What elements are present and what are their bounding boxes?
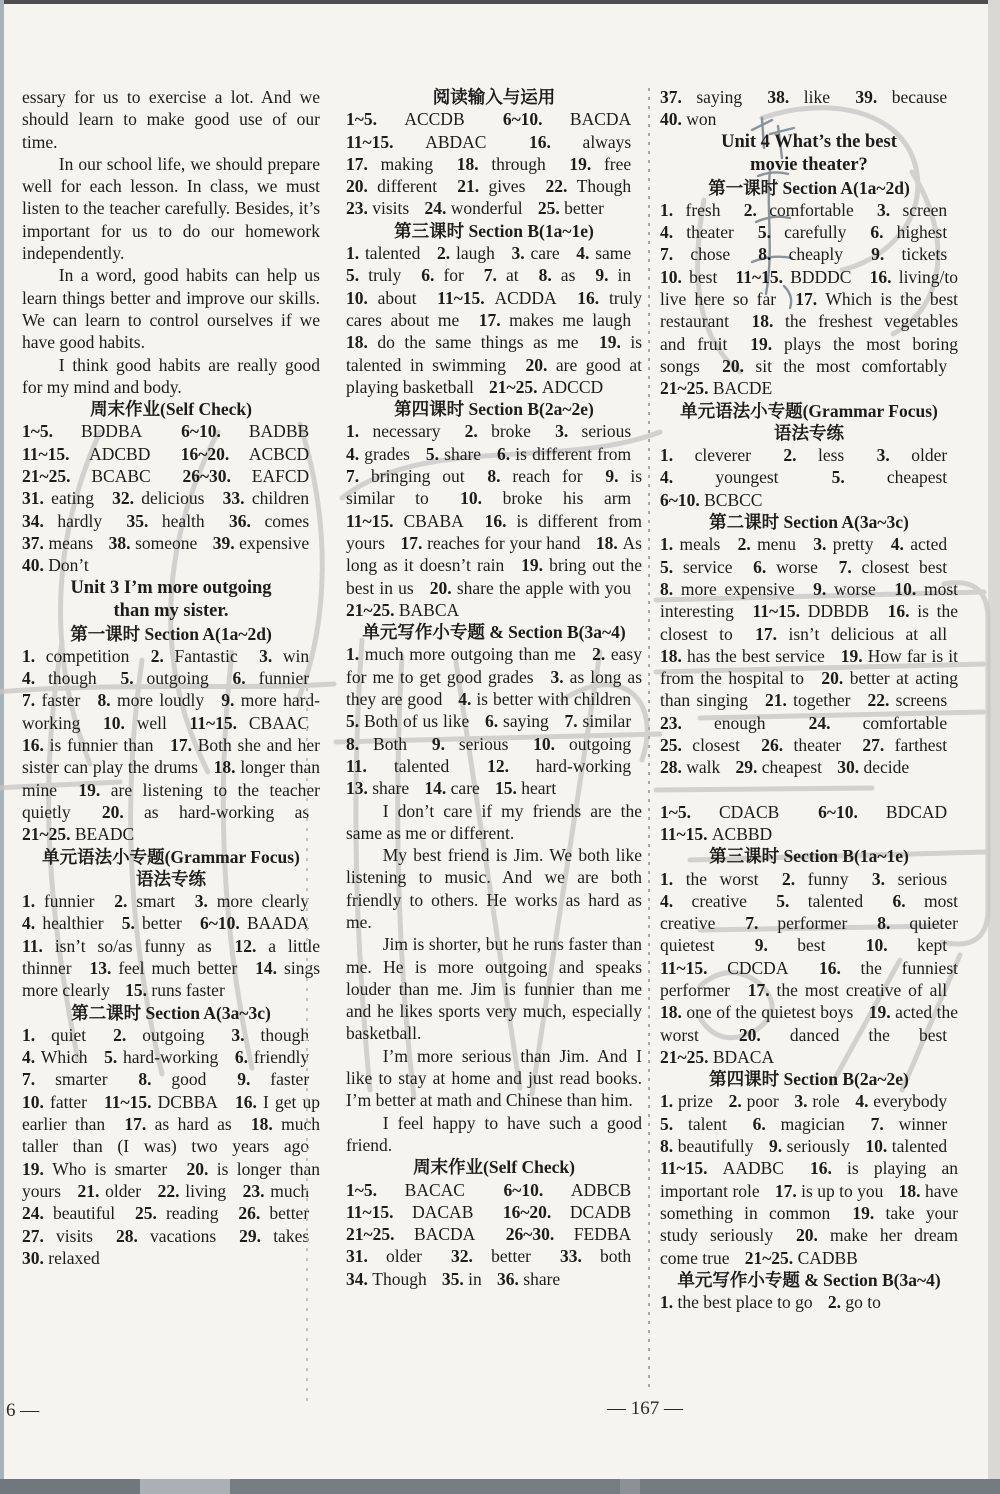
- answer-item: 6~10. BACDA: [503, 109, 642, 129]
- answer-number: 5.: [120, 668, 133, 688]
- answer-item: 40. won: [660, 109, 727, 129]
- scan-edge-bottom: [0, 1479, 1000, 1494]
- answer-number: 7.: [745, 913, 758, 933]
- answer-number: 10.: [103, 713, 125, 733]
- answer-item: 8. Both: [346, 734, 418, 754]
- answer-item: 6. saying: [485, 711, 560, 731]
- answer-item: 28. vacations: [116, 1226, 227, 1246]
- answer-number: 2.: [744, 200, 757, 220]
- answer-number: 9.: [769, 1136, 782, 1156]
- section-heading: 第一课时 Section A(1a~2d): [22, 623, 320, 645]
- answer-number: 16.: [235, 1092, 257, 1112]
- answer-number: 3.: [231, 1025, 244, 1045]
- answer-number: 20.: [796, 1225, 818, 1245]
- answer-item: 38. someone: [109, 533, 209, 553]
- answer-item: 9. tickets: [871, 244, 958, 264]
- answer-item: 1. talented: [346, 243, 431, 263]
- answer-item: 11~15. DDBDB: [752, 601, 879, 621]
- heading-line: than my sister.: [22, 600, 320, 623]
- answer-number: 11~15.: [22, 444, 70, 464]
- answer-number: 40.: [660, 109, 682, 129]
- answer-item: 5. cheapest: [832, 467, 958, 487]
- answer-item: 28. walk: [660, 757, 731, 777]
- answer-number: 13.: [89, 958, 111, 978]
- answer-item: 7. at: [484, 265, 530, 285]
- scan-edge-left: [0, 0, 4, 1494]
- answer-item: 1. meals: [660, 534, 731, 554]
- answer-number: 19.: [869, 1002, 891, 1022]
- answer-item: 21. together: [765, 690, 861, 710]
- answer-number: 16~20.: [503, 1202, 551, 1222]
- answer-number: 6~10.: [200, 913, 240, 933]
- answer-number: 3.: [551, 667, 564, 687]
- answer-number: 23.: [346, 198, 368, 218]
- answer-number: 1~5.: [660, 802, 691, 822]
- answer-number: 8.: [660, 1136, 673, 1156]
- answer-item: 6. magician: [753, 1114, 856, 1134]
- answer-number: 11~15.: [660, 1158, 708, 1178]
- answer-number: 10.: [22, 1092, 44, 1112]
- answer-number: 22.: [546, 176, 568, 196]
- answer-number: 34.: [346, 1269, 368, 1289]
- answer-number: 20.: [430, 578, 452, 598]
- answer-number: 38.: [767, 87, 789, 107]
- answer-number: 5.: [122, 913, 135, 933]
- answer-number: 5.: [426, 444, 439, 464]
- answer-number: 1.: [660, 1292, 673, 1312]
- heading-line: 周末作业(Self Check): [22, 398, 320, 420]
- answer-number: 7.: [22, 690, 35, 710]
- answer-item: 17. is up to you: [775, 1181, 894, 1201]
- answer-number: 21~25.: [22, 466, 70, 486]
- answer-number: 12.: [234, 936, 256, 956]
- answer-number: 3.: [512, 243, 525, 263]
- answer-number: 32.: [451, 1246, 473, 1266]
- answer-number: 33.: [223, 488, 245, 508]
- paragraph: In a word, good habits can help us learn…: [22, 264, 320, 353]
- answer-item: 2. laugh: [437, 243, 506, 263]
- answer-number: 5.: [660, 557, 673, 577]
- answer-item: 10. well: [103, 713, 178, 733]
- answer-number: 11~15.: [660, 824, 708, 844]
- answer-number: 2.: [437, 243, 450, 263]
- answer-item: 8. as: [539, 265, 587, 285]
- answer-number: 10.: [660, 267, 682, 287]
- answer-number: 39.: [855, 87, 877, 107]
- answer-item: 8. reach for: [487, 466, 593, 486]
- answer-item: 4. is better with children: [458, 689, 642, 709]
- answer-number: 11~15.: [437, 288, 485, 308]
- answer-number: 1.: [22, 1025, 35, 1045]
- answer-number: 26~30.: [506, 1224, 554, 1244]
- section-heading: 语法专练: [22, 868, 320, 890]
- answer-item: 1. funnier: [22, 891, 105, 911]
- answer-item: 11~15. ACDDA: [437, 288, 567, 308]
- answer-item: 2. poor: [729, 1091, 790, 1111]
- answer-item: 21. gives: [457, 176, 536, 196]
- section-heading: Unit 4 What’s the bestmovie theater?: [660, 131, 958, 177]
- answer-number: 21.: [77, 1181, 99, 1201]
- answer-number: 4.: [458, 689, 471, 709]
- answer-item: 3. screen: [877, 200, 958, 220]
- answer-item: 26. theater: [761, 735, 852, 755]
- answer-item: 36. comes: [229, 511, 320, 531]
- answer-item: 8. more loudly: [98, 690, 215, 710]
- answer-item: 1. much more outgoing than me: [346, 644, 587, 664]
- answer-item: 25. better: [538, 198, 615, 218]
- answer-number: 16.: [22, 735, 44, 755]
- answer-item: 3. care: [512, 243, 571, 263]
- answer-item: 7. smarter: [22, 1069, 118, 1089]
- answer-number: 20.: [722, 356, 744, 376]
- answer-item: 3. older: [877, 445, 958, 465]
- answer-item: 1. the worst: [660, 869, 769, 889]
- answer-number: 16.: [819, 958, 841, 978]
- answer-number: 9.: [605, 466, 618, 486]
- heading-line: 周末作业(Self Check): [346, 1156, 642, 1178]
- answer-number: 17.: [170, 735, 192, 755]
- scanned-answer-page: essary for us to exercise a lot. And we …: [0, 0, 1000, 1494]
- answer-item: 40. Don’t: [22, 555, 100, 575]
- answer-number: 28.: [116, 1226, 138, 1246]
- heading-line: 第四课时 Section B(2a~2e): [346, 398, 642, 420]
- answer-number: 2.: [592, 644, 605, 664]
- heading-line: movie theater?: [660, 154, 958, 177]
- answer-number: 2.: [738, 534, 751, 554]
- answer-number: 6.: [892, 891, 905, 911]
- answer-item: 9. in: [595, 265, 642, 285]
- answer-number: 21~25.: [489, 377, 537, 397]
- answer-item: 20. sit the most comfortably: [722, 356, 958, 376]
- answer-number: 13.: [346, 778, 368, 798]
- answer-number: 11~15.: [660, 958, 708, 978]
- answer-item: 9. serious: [432, 734, 519, 754]
- answer-number: 16.: [888, 601, 910, 621]
- answer-block: 1~5. ACCDB 6~10. BACDA 11~15. ABDAC 16. …: [346, 108, 642, 219]
- section-heading: 单元语法小专题(Grammar Focus): [660, 400, 958, 422]
- answer-number: 1~5.: [346, 1180, 377, 1200]
- answer-number: 8.: [138, 1069, 151, 1089]
- answer-item: 6~10. BDCAD: [818, 802, 958, 822]
- answer-item: 11. talented: [346, 756, 460, 776]
- answer-item: 10. fatter: [22, 1092, 98, 1112]
- answer-number: 14.: [424, 778, 446, 798]
- answer-number: 3.: [877, 445, 890, 465]
- answer-item: 15. heart: [495, 778, 567, 798]
- answer-item: 26~30. EAFCD: [182, 466, 320, 486]
- answer-item: 11~15. ACBBD: [660, 824, 783, 844]
- answer-item: 21~25. BDACA: [660, 1047, 785, 1067]
- answer-number: 4.: [855, 1091, 868, 1111]
- answer-item: 11~15. CBABA: [346, 511, 475, 531]
- answer-item: 6. highest: [870, 222, 958, 242]
- answer-number: 28.: [660, 757, 682, 777]
- answer-number: 21.: [457, 176, 479, 196]
- answer-number: 2.: [729, 1091, 742, 1111]
- answer-number: 21~25.: [660, 378, 708, 398]
- heading-line: 第三课时 Section B(1a~1e): [346, 220, 642, 242]
- answer-item: 39. expensive: [213, 533, 320, 553]
- answer-number: 11~15.: [104, 1092, 152, 1112]
- answer-item: 12. hard-working: [487, 756, 642, 776]
- answer-item: 21~25. BABCA: [346, 600, 470, 620]
- answer-number: 16.: [529, 132, 551, 152]
- answer-number: 6.: [753, 1114, 766, 1134]
- answer-item: 18. has the best service: [660, 646, 836, 666]
- answer-number: 17.: [755, 624, 777, 644]
- answer-number: 1.: [660, 869, 673, 889]
- answer-item: 1~5. ACCDB: [346, 109, 475, 129]
- answer-number: 17.: [479, 310, 501, 330]
- heading-line: 第二课时 Section A(3a~3c): [22, 1002, 320, 1024]
- scan-edge-top: [0, 0, 1000, 4]
- answer-item: 16. always: [529, 132, 642, 152]
- answer-item: 6. for: [421, 265, 474, 285]
- answer-item: 18. do the same things as me: [346, 332, 589, 352]
- paragraph: I think good habits are really good for …: [22, 354, 320, 399]
- answer-item: 5. outgoing: [120, 668, 219, 688]
- answer-number: 11.: [22, 936, 43, 956]
- answer-number: 24.: [424, 198, 446, 218]
- answer-number: 9.: [221, 690, 234, 710]
- answer-item: 21~25. BEADC: [22, 824, 145, 844]
- answer-number: 6~10.: [818, 802, 858, 822]
- answer-item: 24. wonderful: [424, 198, 533, 218]
- answer-number: 21~25.: [346, 1224, 394, 1244]
- answer-number: 20.: [821, 668, 843, 688]
- answer-number: 17.: [124, 1114, 146, 1134]
- answer-item: 2. outgoing: [113, 1025, 215, 1045]
- answer-number: 3.: [877, 200, 890, 220]
- answer-item: 22. Though: [546, 176, 642, 196]
- answer-number: 7.: [871, 1114, 884, 1134]
- answer-item: 31. older: [346, 1246, 433, 1266]
- column-divider-left: [306, 688, 308, 1404]
- answer-number: 2.: [113, 1025, 126, 1045]
- answer-item: 8. good: [138, 1069, 217, 1089]
- answer-item: 3. serious: [872, 869, 958, 889]
- answer-number: 20.: [739, 1025, 761, 1045]
- answer-item: 5. talent: [660, 1114, 738, 1134]
- answer-number: 30.: [22, 1248, 44, 1268]
- answer-item: 11~15. ADCBD: [22, 444, 161, 464]
- answer-number: 16.: [870, 267, 892, 287]
- answer-item: 9. best: [755, 935, 837, 955]
- answer-number: 9.: [871, 244, 884, 264]
- heading-line: 单元写作小专题 & Section B(3a~4): [660, 1269, 958, 1291]
- answer-item: 10. outgoing: [533, 734, 642, 754]
- answer-item: 5. Both of us like: [346, 711, 480, 731]
- answer-item: 39. because: [855, 87, 958, 107]
- answer-item: 5. carefully: [758, 222, 857, 242]
- answer-item: 6. is different from: [497, 444, 642, 464]
- answer-item: 36. share: [497, 1269, 571, 1289]
- answer-item: 2. go to: [828, 1292, 892, 1312]
- answer-number: 18.: [214, 757, 236, 777]
- answer-item: 4. theater: [660, 222, 745, 242]
- paragraph: essary for us to exercise a lot. And we …: [22, 86, 320, 153]
- answer-item: 1. necessary: [346, 421, 451, 441]
- answer-block: 1~5. CDACB 6~10. BDCAD 11~15. ACBBD: [660, 801, 958, 846]
- answer-number: 11~15.: [752, 601, 800, 621]
- answer-number: 10.: [866, 935, 888, 955]
- answer-number: 9.: [237, 1069, 250, 1089]
- answer-number: 3.: [195, 891, 208, 911]
- answer-number: 8.: [98, 690, 111, 710]
- answer-number: 18.: [251, 1114, 273, 1134]
- answer-number: 6~10.: [503, 109, 543, 129]
- answer-number: 3.: [259, 646, 272, 666]
- paragraph: My best friend is Jim. We both like list…: [346, 844, 642, 933]
- answer-item: 24. comfortable: [809, 713, 958, 733]
- answer-number: 30.: [837, 757, 859, 777]
- section-heading: 第一课时 Section A(1a~2d): [660, 177, 958, 199]
- answer-number: 8.: [877, 913, 890, 933]
- answer-item: 26~30. FEDBA: [506, 1224, 642, 1244]
- answer-number: 19.: [569, 154, 591, 174]
- answer-number: 21.: [765, 690, 787, 710]
- answer-number: 2.: [465, 421, 478, 441]
- answer-item: 21~25. BACDA: [346, 1224, 486, 1244]
- answer-number: 6~10.: [181, 421, 221, 441]
- answer-number: 4.: [891, 534, 904, 554]
- answer-number: 27.: [862, 735, 884, 755]
- answer-number: 31.: [346, 1246, 368, 1266]
- answer-item: 5. better: [122, 913, 193, 933]
- answer-item: 6~10. BAADA: [200, 913, 320, 933]
- section-heading: 第三课时 Section B(1a~1e): [346, 220, 642, 242]
- answer-number: 11.: [346, 756, 367, 776]
- answer-number: 10.: [865, 1136, 887, 1156]
- answer-item: 1~5. CDACB: [660, 802, 790, 822]
- answer-item: 11. isn’t so/as funny as: [22, 936, 223, 956]
- answer-number: 18.: [752, 311, 774, 331]
- answer-item: 32. delicious: [112, 488, 215, 508]
- answer-item: 20. different: [346, 176, 448, 196]
- heading-line: 第二课时 Section A(3a~3c): [660, 511, 958, 533]
- answer-item: 24. beautiful: [22, 1203, 126, 1223]
- answer-number: 12.: [487, 756, 509, 776]
- paragraph: I’m more serious than Jim. And I like to…: [346, 1045, 642, 1112]
- answer-item: 4. healthier: [22, 913, 114, 933]
- answer-item: 6. worse: [753, 557, 829, 577]
- answer-item: 34. hardly: [22, 511, 113, 531]
- heading-line: Unit 4 What’s the best: [660, 131, 958, 154]
- answer-item: 6~10. BCBCC: [660, 490, 773, 510]
- answer-item: 1. prize: [660, 1091, 724, 1111]
- answer-number: 18.: [899, 1181, 921, 1201]
- answer-number: 31.: [22, 488, 44, 508]
- answer-number: 2.: [782, 869, 795, 889]
- answer-item: 3. pretty: [813, 534, 884, 554]
- answer-number: 24.: [22, 1203, 44, 1223]
- answer-item: 17. reaches for your hand: [400, 533, 591, 553]
- answer-number: 4.: [22, 913, 35, 933]
- answer-number: 36.: [497, 1269, 519, 1289]
- answer-number: 17.: [346, 154, 368, 174]
- answer-item: 37. saying: [660, 87, 753, 107]
- section-heading: 第三课时 Section B(1a~1e): [660, 845, 958, 867]
- answer-item: 7. winner: [871, 1114, 958, 1134]
- answer-number: 6~10.: [660, 490, 700, 510]
- answer-number: 7.: [839, 557, 852, 577]
- page-number: — 167 —: [545, 1398, 745, 1420]
- answer-block: 1. fresh 2. comfortable 3. screen 4. the…: [660, 199, 958, 400]
- column-3: 37. saying 38. like 39. because 40. won …: [660, 86, 958, 1313]
- answer-item: 4. acted: [891, 534, 958, 554]
- heading-line: 单元写作小专题 & Section B(3a~4): [346, 621, 642, 643]
- answer-item: 4. youngest: [660, 467, 789, 487]
- answer-number: 18.: [660, 1002, 682, 1022]
- answer-item: 1~5. BDDBA: [22, 421, 153, 441]
- answer-number: 21~25.: [22, 824, 70, 844]
- answer-item: 2. less: [783, 445, 855, 465]
- section-heading: 第二课时 Section A(3a~3c): [22, 1002, 320, 1024]
- answer-item: 21~25. BACDE: [660, 378, 783, 398]
- answer-number: 1.: [660, 200, 673, 220]
- answer-item: 4. though: [22, 668, 108, 688]
- answer-number: 4.: [22, 1047, 35, 1067]
- answer-number: 19.: [78, 780, 100, 800]
- answer-item: 35. in: [442, 1269, 493, 1289]
- answer-item: 2. Fantastic: [151, 646, 249, 666]
- answer-item: 17. makes me laugh: [479, 310, 642, 330]
- answer-number: 3.: [813, 534, 826, 554]
- answer-number: 17.: [795, 289, 817, 309]
- answer-number: 6.: [497, 444, 510, 464]
- answer-block: 1. talented 2. laugh 3. care 4. same 5. …: [346, 242, 642, 398]
- answer-number: 19.: [750, 334, 772, 354]
- answer-number: 4.: [346, 444, 359, 464]
- spacer: [660, 779, 958, 801]
- answer-number: 40.: [22, 555, 44, 575]
- answer-number: 6.: [870, 222, 883, 242]
- answer-number: 7.: [346, 466, 359, 486]
- answer-block: 1. necessary 2. broke 3. serious 4. grad…: [346, 420, 642, 621]
- answer-number: 39.: [213, 533, 235, 553]
- section-heading: 语法专练: [660, 422, 958, 444]
- answer-number: 5.: [660, 1114, 673, 1134]
- answer-item: 3. role: [794, 1091, 850, 1111]
- answer-item: 1. the best place to go: [660, 1292, 823, 1312]
- answer-item: 3. serious: [555, 421, 642, 441]
- answer-item: 9. worse: [813, 579, 887, 599]
- answer-number: 1.: [660, 445, 673, 465]
- answer-item: 23. much: [243, 1181, 320, 1201]
- answer-item: 16~20. DCADB: [503, 1202, 642, 1222]
- heading-line: 单元语法小专题(Grammar Focus): [660, 400, 958, 422]
- answer-item: 27. farthest: [862, 735, 958, 755]
- answer-item: 6. funnier: [233, 668, 320, 688]
- answer-number: 9.: [595, 265, 608, 285]
- answer-number: 16~20.: [181, 444, 229, 464]
- answer-number: 8.: [539, 265, 552, 285]
- answer-number: 10.: [346, 288, 368, 308]
- answer-number: 5.: [832, 467, 845, 487]
- answer-number: 36.: [229, 511, 251, 531]
- answer-item: 10. talented: [865, 1136, 958, 1156]
- answer-item: 30. decide: [837, 757, 920, 777]
- answer-number: 20.: [525, 355, 547, 375]
- answer-number: 35.: [127, 511, 149, 531]
- answer-number: 11~15.: [735, 267, 783, 287]
- answer-number: 1.: [22, 891, 35, 911]
- answer-item: 8. cheaply: [758, 244, 854, 264]
- answer-item: 10. kept: [866, 935, 958, 955]
- answer-number: 10.: [894, 579, 916, 599]
- answer-number: 4.: [660, 467, 673, 487]
- answer-item: 1. quiet: [22, 1025, 97, 1045]
